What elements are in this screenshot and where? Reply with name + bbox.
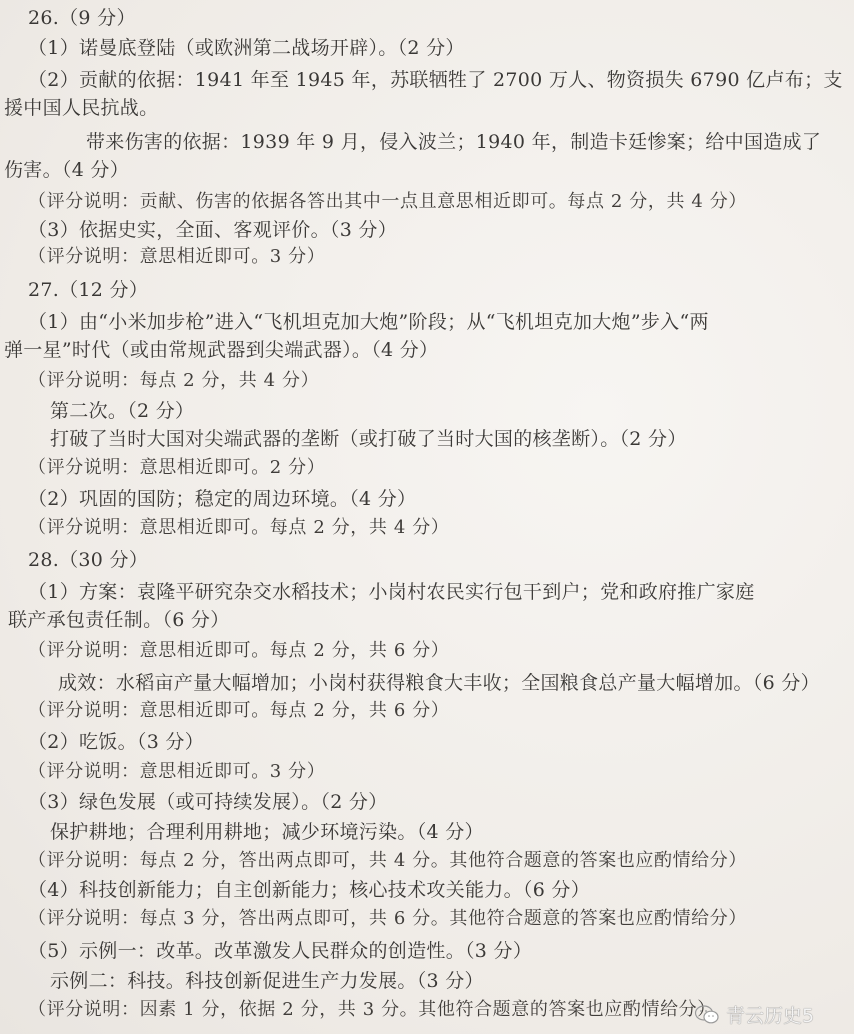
scoring-note: （评分说明：贡献、伤害的依据各答出其中一点且意思相近即可。每点 2 分，共 4 … xyxy=(28,190,747,214)
answer-line: （2）吃饭。（3 分） xyxy=(28,730,204,754)
answer-line: 带来伤害的依据：1939 年 9 月，侵入波兰；1940 年，制造卡廷惨案；给中… xyxy=(86,130,821,154)
question-heading: 26.（9 分） xyxy=(28,6,136,30)
watermark: 青云历史5 xyxy=(694,1001,814,1028)
scoring-note: （评分说明：每点 3 分，答出两点即可，共 6 分。其他符合题意的答案也应酌情给… xyxy=(28,907,747,931)
scoring-note: （评分说明：意思相近即可。3 分） xyxy=(28,760,325,784)
answer-line: 伤害。（4 分） xyxy=(4,158,129,182)
answer-line: （2）巩固的国防；稳定的周边环境。（4 分） xyxy=(28,487,416,511)
answer-line: 联产承包责任制。（6 分） xyxy=(8,608,230,632)
answer-line: （3）绿色发展（或可持续发展）。（2 分） xyxy=(28,790,388,814)
answer-line: （2）贡献的依据：1941 年至 1945 年，苏联牺牲了 2700 万人、物资… xyxy=(28,68,843,92)
answer-line: （1）方案：袁隆平研究杂交水稻技术；小岗村农民实行包干到户；党和政府推广家庭 xyxy=(28,580,755,604)
question-heading: 28.（30 分） xyxy=(28,548,148,572)
answer-line: （5）示例一：改革。改革激发人民群众的创造性。（3 分） xyxy=(28,939,532,963)
watermark-text: 青云历史5 xyxy=(726,1001,814,1028)
answer-line: （1）诺曼底登陆（或欧洲第二战场开辟）。（2 分） xyxy=(28,36,465,60)
answer-line: 援中国人民抗战。 xyxy=(4,96,158,120)
answer-line: （1）由“小米加步枪”进入“飞机坦克加大炮”阶段；从“飞机坦克加大炮”步入“两 xyxy=(28,310,709,334)
scoring-note: （评分说明：意思相近即可。每点 2 分，共 4 分） xyxy=(28,516,449,540)
scoring-note: （评分说明：每点 2 分，答出两点即可，共 4 分。其他符合题意的答案也应酌情给… xyxy=(28,849,747,873)
answer-line: （3）依据史实，全面、客观评价。（3 分） xyxy=(28,218,397,242)
answer-line: 打破了当时大国对尖端武器的垄断（或打破了当时大国的核垄断）。（2 分） xyxy=(50,427,687,451)
answer-line: 成效：水稻亩产量大幅增加；小岗村获得粮食大丰收；全国粮食总产量大幅增加。（6 分… xyxy=(58,671,820,695)
answer-line: 示例二：科技。科技创新促进生产力发展。（3 分） xyxy=(50,969,484,993)
scoring-note: （评分说明：因素 1 分，依据 2 分，共 3 分。其他符合题意的答案也应酌情给… xyxy=(28,998,716,1022)
scoring-note: （评分说明：意思相近即可。3 分） xyxy=(28,245,325,269)
scoring-note: （评分说明：每点 2 分，共 4 分） xyxy=(28,369,319,393)
answer-line: 弹一星”时代（或由常规武器到尖端武器）。（4 分） xyxy=(4,338,438,362)
scoring-note: （评分说明：意思相近即可。每点 2 分，共 6 分） xyxy=(28,639,449,663)
question-heading: 27.（12 分） xyxy=(28,278,148,302)
answer-line: 第二次。（2 分） xyxy=(50,399,194,423)
wechat-icon xyxy=(694,1004,720,1026)
answer-line: （4）科技创新能力；自主创新能力；核心技术攻关能力。（6 分） xyxy=(28,878,590,902)
answer-key-page: 26.（9 分）（1）诺曼底登陆（或欧洲第二战场开辟）。（2 分）（2）贡献的依… xyxy=(0,0,854,1034)
scoring-note: （评分说明：意思相近即可。每点 2 分，共 6 分） xyxy=(28,699,449,723)
scoring-note: （评分说明：意思相近即可。2 分） xyxy=(28,456,325,480)
answer-line: 保护耕地；合理利用耕地；减少环境污染。（4 分） xyxy=(50,820,484,844)
